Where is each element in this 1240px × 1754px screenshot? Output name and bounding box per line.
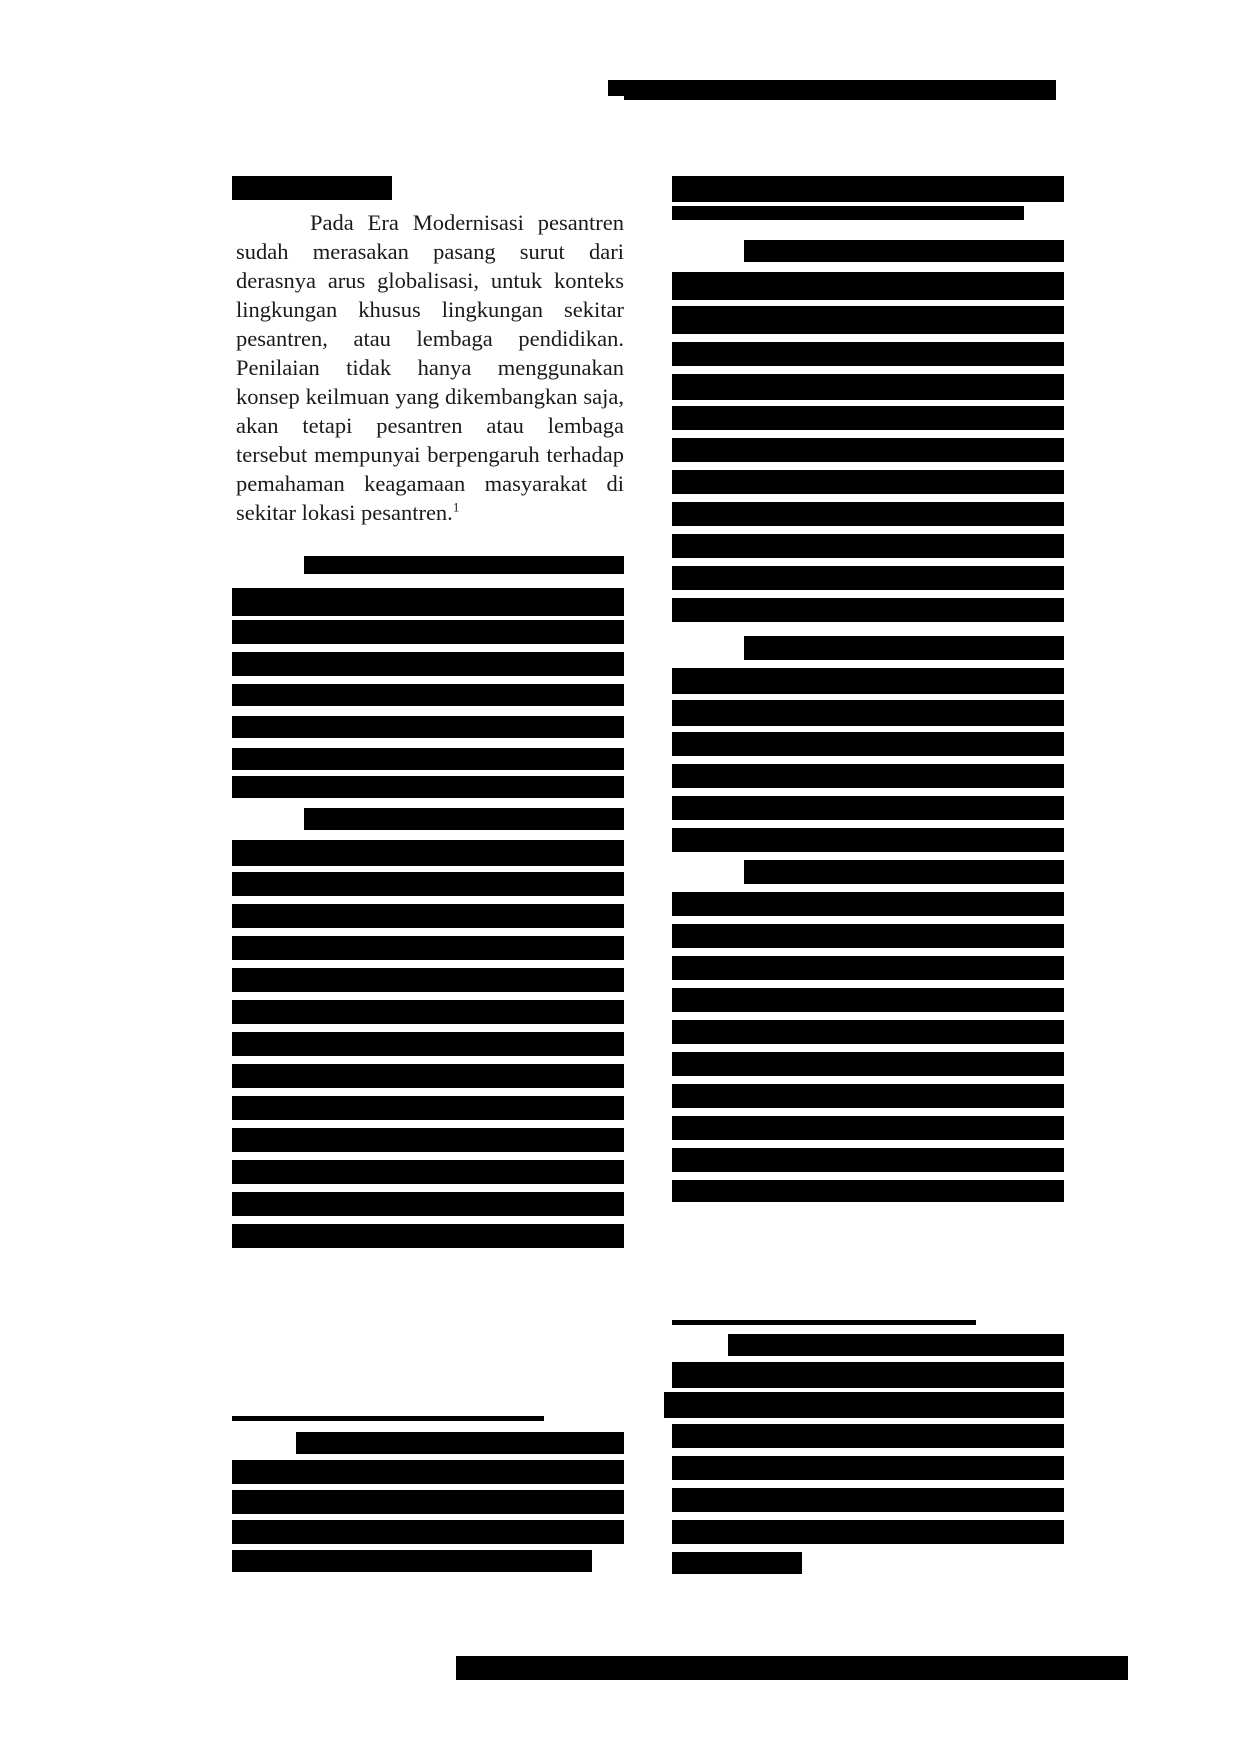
left-footnotes-redacted	[232, 1432, 624, 1592]
intro-paragraph: Pada Era Modernisasi pesantren sudah mer…	[236, 208, 624, 527]
document-page: Pada Era Modernisasi pesantren sudah mer…	[0, 0, 1240, 1754]
left-column-redacted-body	[232, 556, 624, 1376]
right-footnote-separator	[672, 1320, 976, 1325]
footnote-marker: 1	[453, 500, 460, 515]
left-footnote-separator	[232, 1416, 544, 1421]
running-header-redacted-lower	[624, 92, 1056, 100]
right-footnotes-redacted	[664, 1334, 1064, 1584]
section-heading-redacted	[232, 176, 392, 200]
right-column-redacted-body	[672, 176, 1064, 1316]
paragraph-text: Pada Era Modernisasi pesantren sudah mer…	[236, 210, 624, 525]
footer-redacted	[456, 1656, 1128, 1680]
